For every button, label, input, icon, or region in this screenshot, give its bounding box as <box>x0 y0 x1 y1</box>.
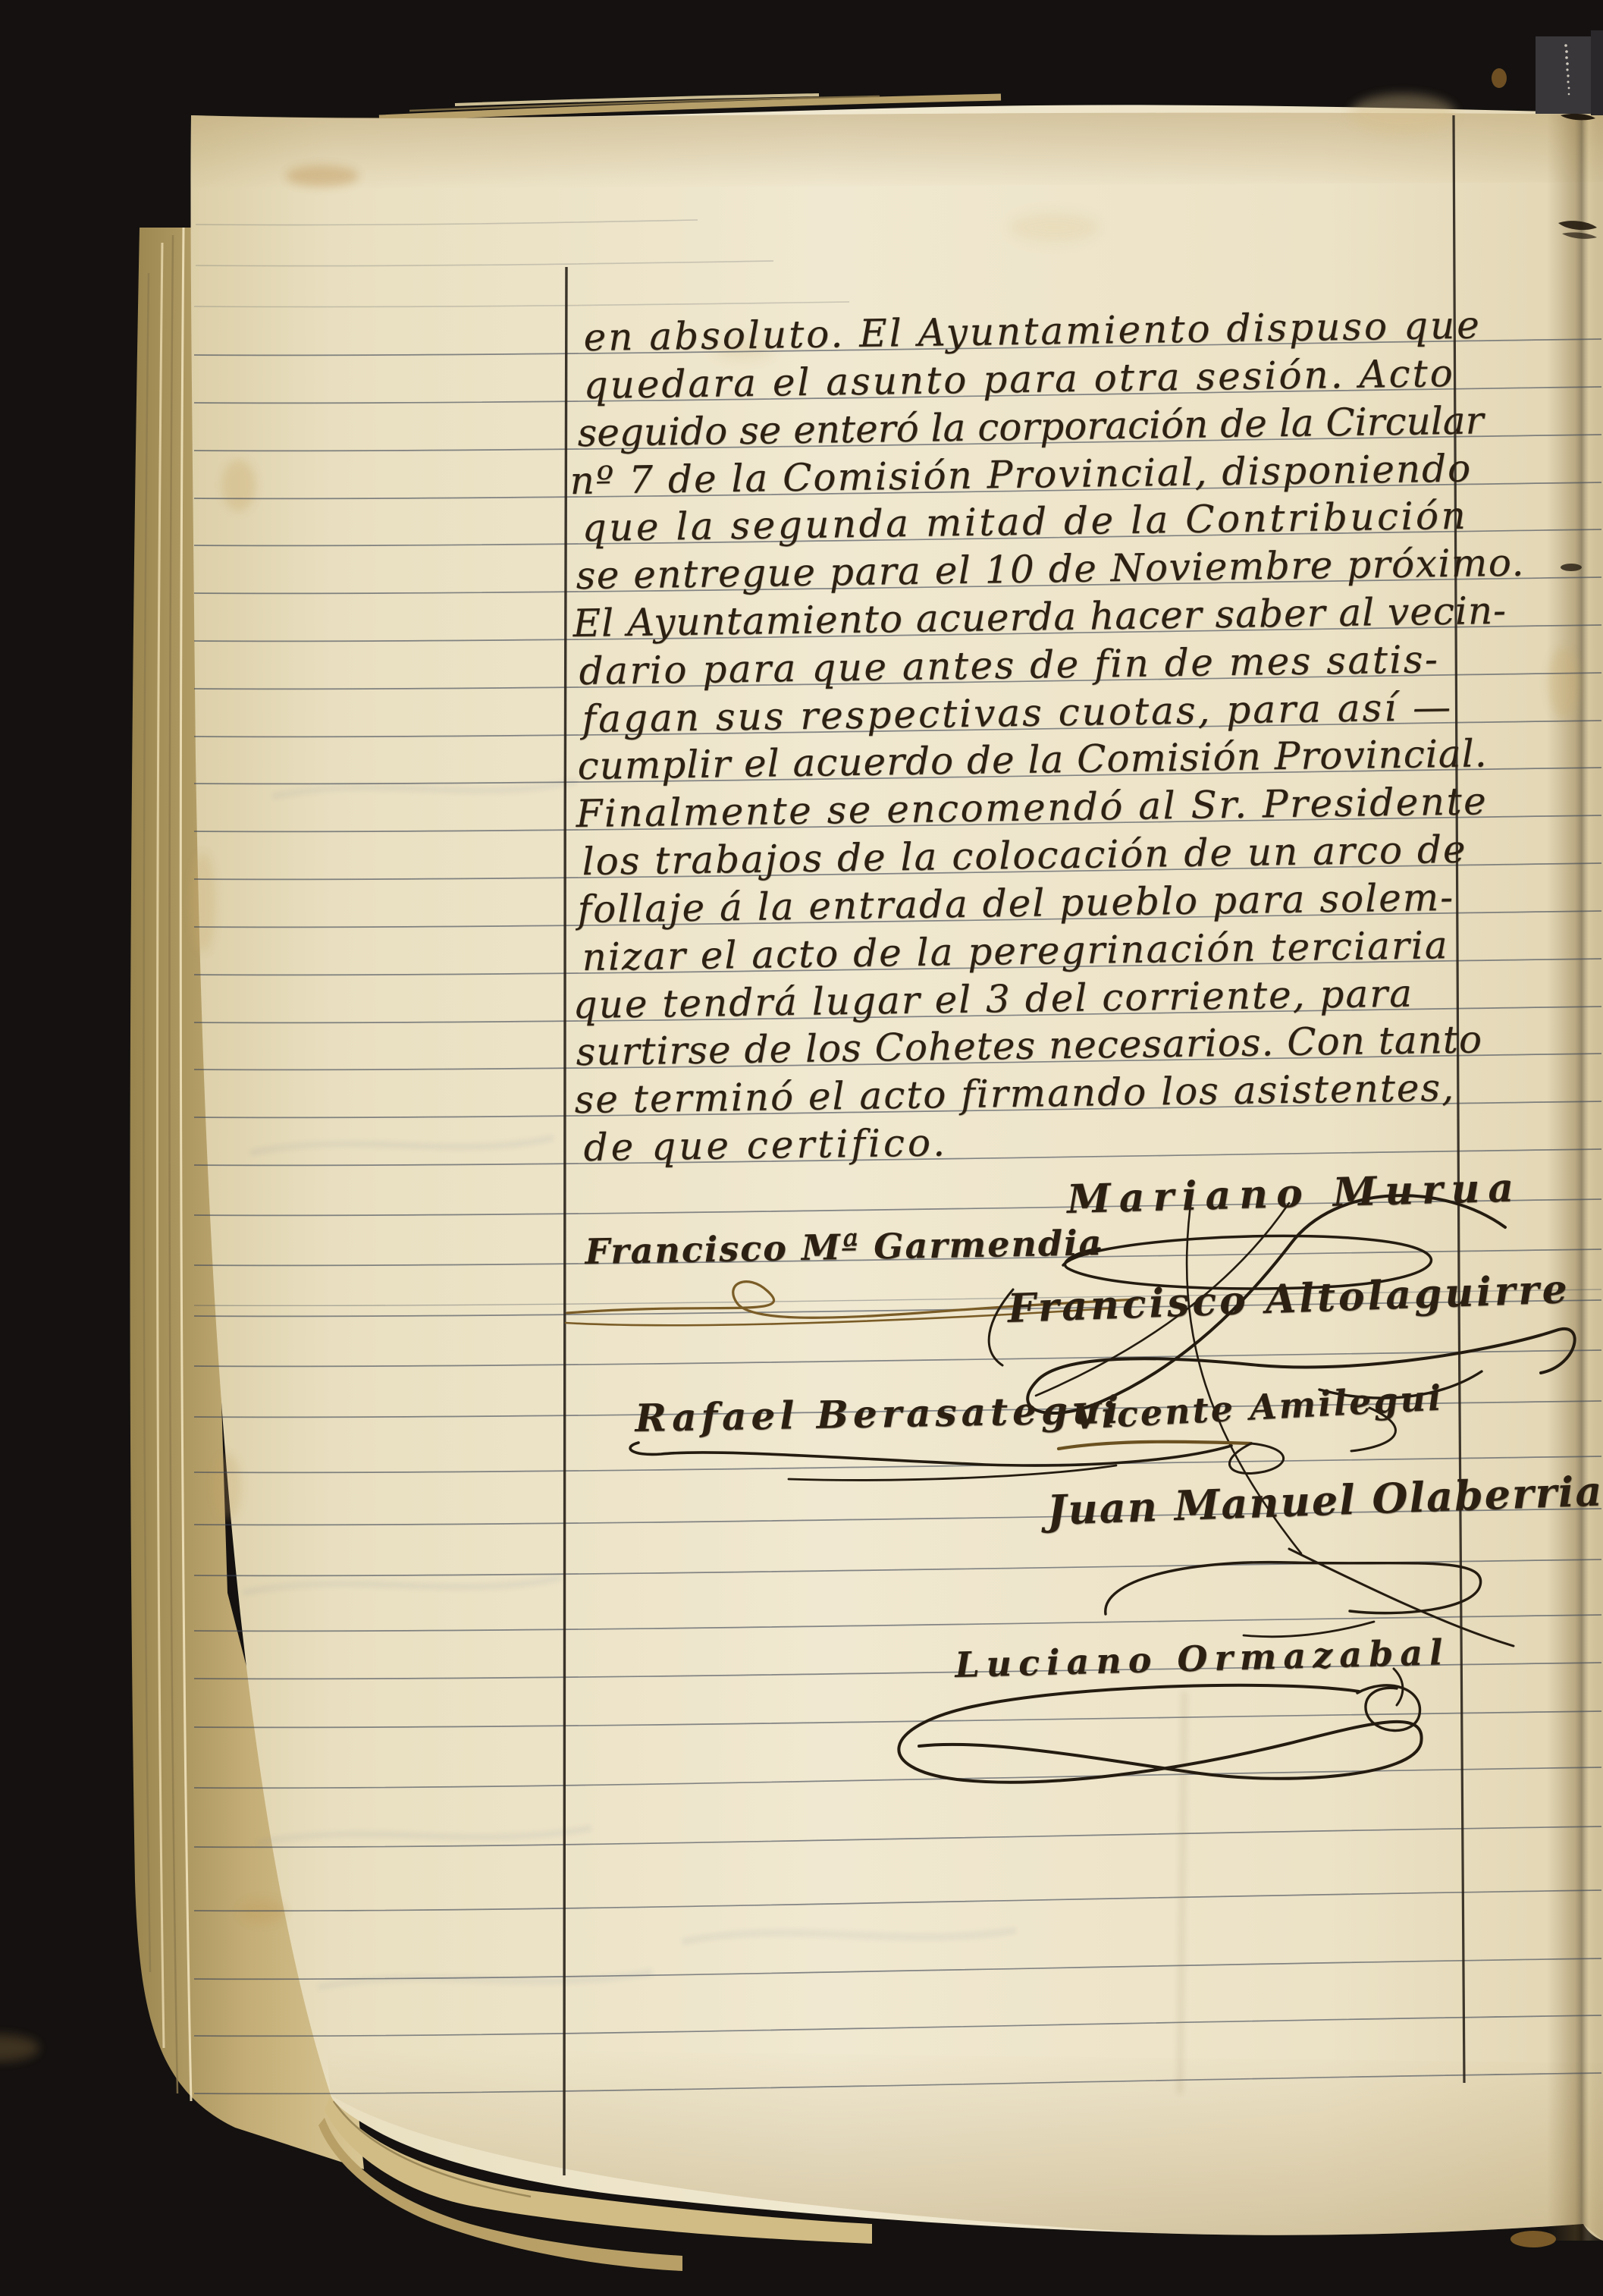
speck-bottom-right <box>1510 2231 1556 2247</box>
page-artwork <box>0 0 1603 2296</box>
binding-fragment <box>1492 68 1507 88</box>
binding-spine <box>1492 30 1603 115</box>
scanned-manuscript-page: en absoluto. El Ayuntamiento dispuso que… <box>0 0 1603 2296</box>
paper-sheet <box>190 105 1603 2241</box>
